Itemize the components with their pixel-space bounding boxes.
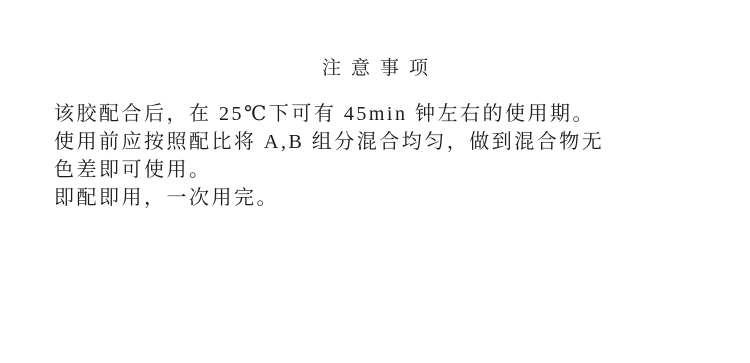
body-text: 该胶配合后，在 25℃下可有 45min 钟左右的使用期。 使用前应按照配比将 … (54, 100, 654, 212)
page-title: 注意事项 (0, 53, 750, 80)
body-line-1: 该胶配合后，在 25℃下可有 45min 钟左右的使用期。 (54, 100, 654, 128)
body-line-3: 色差即可使用。 (54, 156, 654, 184)
body-line-2: 使用前应按照配比将 A,B 组分混合均匀，做到混合物无 (54, 128, 654, 156)
body-line-4: 即配即用，一次用完。 (54, 184, 654, 212)
document-page: 注意事项 该胶配合后，在 25℃下可有 45min 钟左右的使用期。 使用前应按… (0, 0, 750, 363)
